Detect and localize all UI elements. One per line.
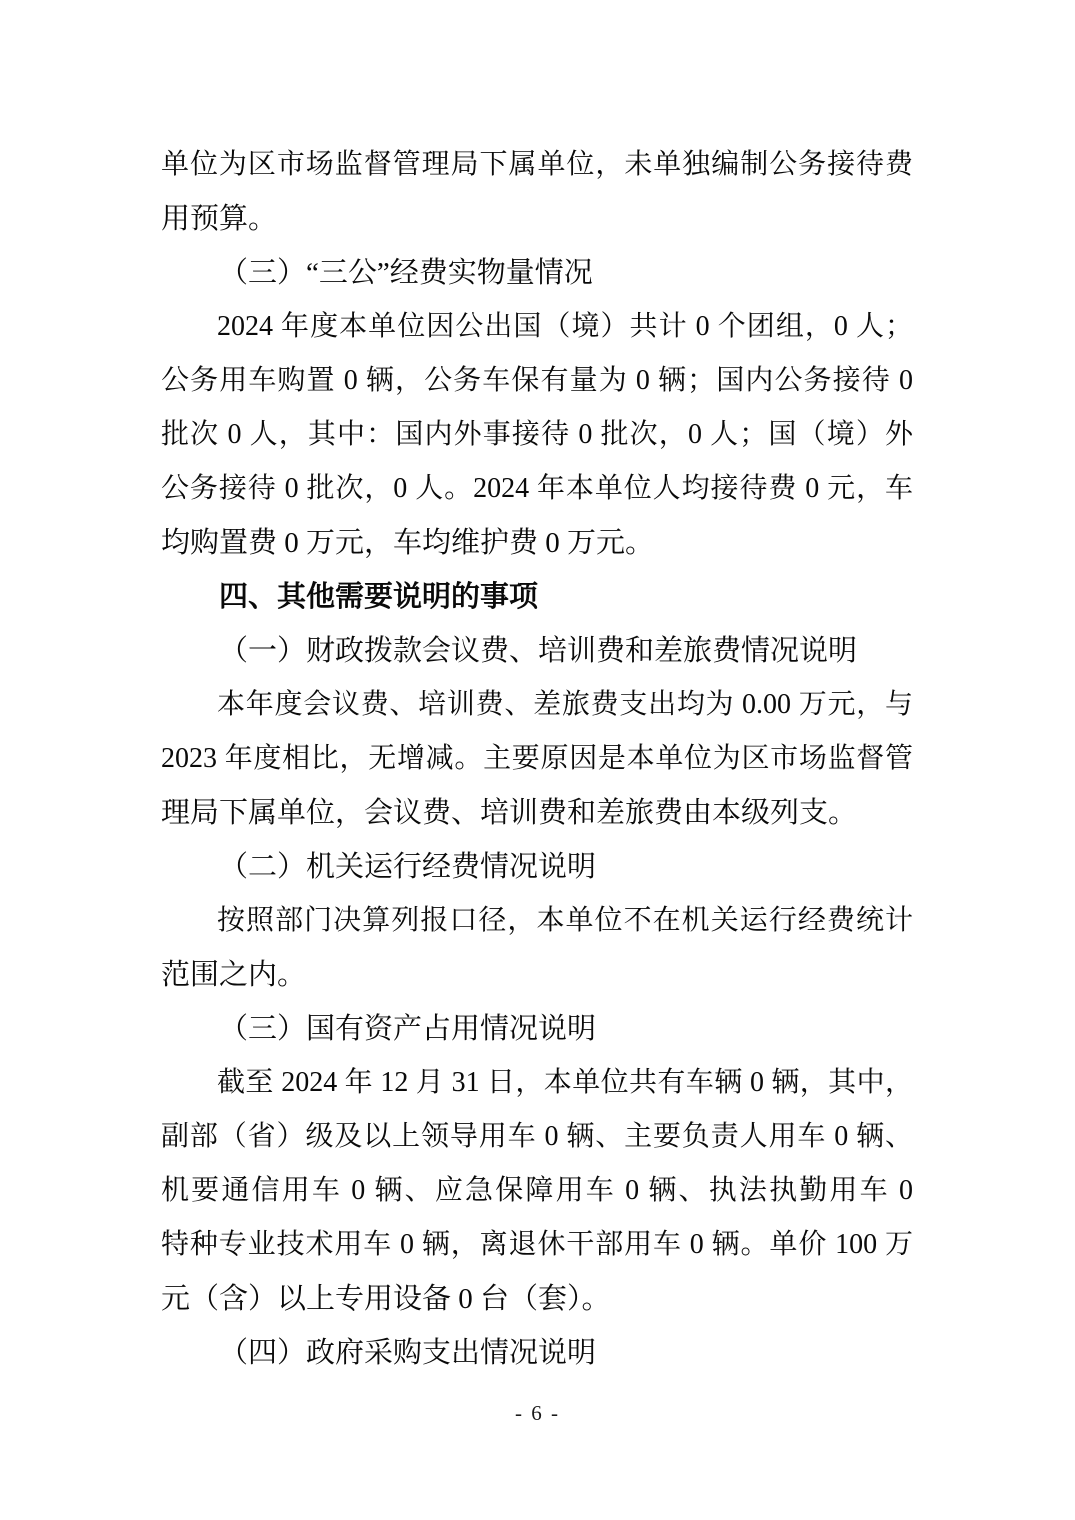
document-body: 单位为区市场监督管理局下属单位，未单独编制公务接待费用预算。（三）“三公”经费实… <box>161 138 913 1380</box>
body-text-line: 截至 2024 年 12 月 31 日，本单位共有车辆 0 辆，其中， <box>161 1056 913 1110</box>
subsection-heading: （一）财政拨款会议费、培训费和差旅费情况说明 <box>161 624 913 678</box>
body-text-line: 均购置费 0 万元，车均维护费 0 万元。 <box>161 516 913 570</box>
page-number: - 6 - <box>0 1399 1075 1427</box>
body-text-line: 按照部门决算列报口径，本单位不在机关运行经费统计 <box>161 894 913 948</box>
body-text-line: 特种专业技术用车 0 辆，离退休干部用车 0 辆。单价 100 万 <box>161 1218 913 1272</box>
body-text-line: 公务接待 0 批次，0 人。2024 年本单位人均接待费 0 元，车 <box>161 462 913 516</box>
subsection-heading: （三）“三公”经费实物量情况 <box>161 246 913 300</box>
subsection-heading: （三）国有资产占用情况说明 <box>161 1002 913 1056</box>
body-text-line: 单位为区市场监督管理局下属单位，未单独编制公务接待费 <box>161 138 913 192</box>
section-heading: 四、其他需要说明的事项 <box>161 570 913 624</box>
body-text-line: 用预算。 <box>161 192 913 246</box>
body-text-line: 2024 年度本单位因公出国（境）共计 0 个团组，0 人； <box>161 300 913 354</box>
body-text-line: 公务用车购置 0 辆，公务车保有量为 0 辆；国内公务接待 0 <box>161 354 913 408</box>
subsection-heading: （四）政府采购支出情况说明 <box>161 1326 913 1380</box>
document-page: 单位为区市场监督管理局下属单位，未单独编制公务接待费用预算。（三）“三公”经费实… <box>0 0 1075 1520</box>
body-text-line: 本年度会议费、培训费、差旅费支出均为 0.00 万元，与 <box>161 678 913 732</box>
body-text-line: 副部（省）级及以上领导用车 0 辆、主要负责人用车 0 辆、 <box>161 1110 913 1164</box>
body-text-line: 机要通信用车 0 辆、应急保障用车 0 辆、执法执勤用车 0 辆， <box>161 1164 913 1218</box>
body-text-line: 元（含）以上专用设备 0 台（套）。 <box>161 1272 913 1326</box>
body-text-line: 理局下属单位，会议费、培训费和差旅费由本级列支。 <box>161 786 913 840</box>
body-text-line: 批次 0 人，其中：国内外事接待 0 批次，0 人；国（境）外 <box>161 408 913 462</box>
subsection-heading: （二）机关运行经费情况说明 <box>161 840 913 894</box>
body-text-line: 2023 年度相比，无增减。主要原因是本单位为区市场监督管 <box>161 732 913 786</box>
body-text-line: 范围之内。 <box>161 948 913 1002</box>
